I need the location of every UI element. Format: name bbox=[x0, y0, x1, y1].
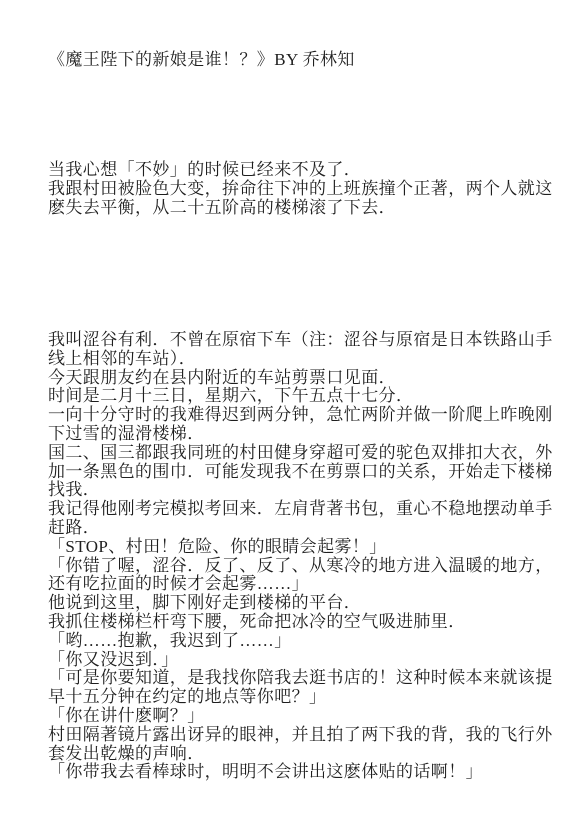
text-line: 我叫涩谷有利．不曾在原宿下车（注：涩谷与原宿是日本铁路山手 bbox=[48, 331, 568, 350]
text-line: 找我． bbox=[48, 481, 568, 500]
text-line: 「可是你要知道，是我找你陪我去逛书店的！这种时候本来就该提 bbox=[48, 669, 568, 688]
text-line: 他说到这里，脚下刚好走到楼梯的平台． bbox=[48, 594, 568, 613]
text-line: 「你带我去看棒球时，明明不会讲出这麽体贴的话啊！」 bbox=[48, 763, 568, 782]
text-line: 下过雪的湿滑楼梯． bbox=[48, 425, 568, 444]
novel-title: 《魔王陛下的新娘是谁！？》BY 乔林知 bbox=[48, 51, 568, 70]
text-line: 「STOP、村田！危险、你的眼睛会起雾！」 bbox=[48, 538, 568, 557]
text-line: 「哟……抱歉，我迟到了……」 bbox=[48, 632, 568, 651]
text-line: 「你错了喔，涩谷．反了、反了、从寒冷的地方进入温暖的地方， bbox=[48, 557, 568, 576]
text-line: 今天跟朋友约在县内附近的车站剪票口见面． bbox=[48, 369, 568, 388]
text-line: 当我心想「不妙」的时候已经来不及了． bbox=[48, 161, 568, 180]
opening-paragraph: 当我心想「不妙」的时候已经来不及了．我跟村田被脸色大变，拚命往下冲的上班族撞个正… bbox=[48, 161, 568, 217]
text-line: 村田隔著镜片露出讶异的眼神，并且拍了两下我的背，我的飞行外 bbox=[48, 726, 568, 745]
text-line: 「你在讲什麽啊？」 bbox=[48, 707, 568, 726]
document-page: 《魔王陛下的新娘是谁！？》BY 乔林知 当我心想「不妙」的时候已经来不及了．我跟… bbox=[0, 0, 583, 828]
text-line: 时间是二月十三日，星期六，下午五点十七分． bbox=[48, 387, 568, 406]
text-line: 线上相邻的车站）． bbox=[48, 350, 568, 369]
text-line: 加一条黑色的围巾．可能发现我不在剪票口的关系，开始走下楼梯 bbox=[48, 463, 568, 482]
text-line: 国二、国三都跟我同班的村田健身穿超可爱的驼色双排扣大衣，外 bbox=[48, 444, 568, 463]
text-line: 还有吃拉面的时候才会起雾……」 bbox=[48, 575, 568, 594]
text-line: 我抓住楼梯栏杆弯下腰，死命把冰冷的空气吸进肺里． bbox=[48, 613, 568, 632]
text-line: 一向十分守时的我难得迟到两分钟，急忙两阶并做一阶爬上昨晚刚 bbox=[48, 406, 568, 425]
text-line: 赶路． bbox=[48, 519, 568, 538]
main-text: 我叫涩谷有利．不曾在原宿下车（注：涩谷与原宿是日本铁路山手线上相邻的车站）．今天… bbox=[48, 331, 568, 782]
text-line: 「你又没迟到．」 bbox=[48, 651, 568, 670]
text-line: 早十五分钟在约定的地点等你吧？」 bbox=[48, 688, 568, 707]
text-line: 我跟村田被脸色大变，拚命往下冲的上班族撞个正著，两个人就这 bbox=[48, 180, 568, 199]
text-line: 我记得他刚考完模拟考回来．左肩背著书包，重心不稳地摆动单手 bbox=[48, 500, 568, 519]
text-line: 麽失去平衡，从二十五阶高的楼梯滚了下去． bbox=[48, 199, 568, 218]
text-line: 套发出乾燥的声响． bbox=[48, 745, 568, 764]
